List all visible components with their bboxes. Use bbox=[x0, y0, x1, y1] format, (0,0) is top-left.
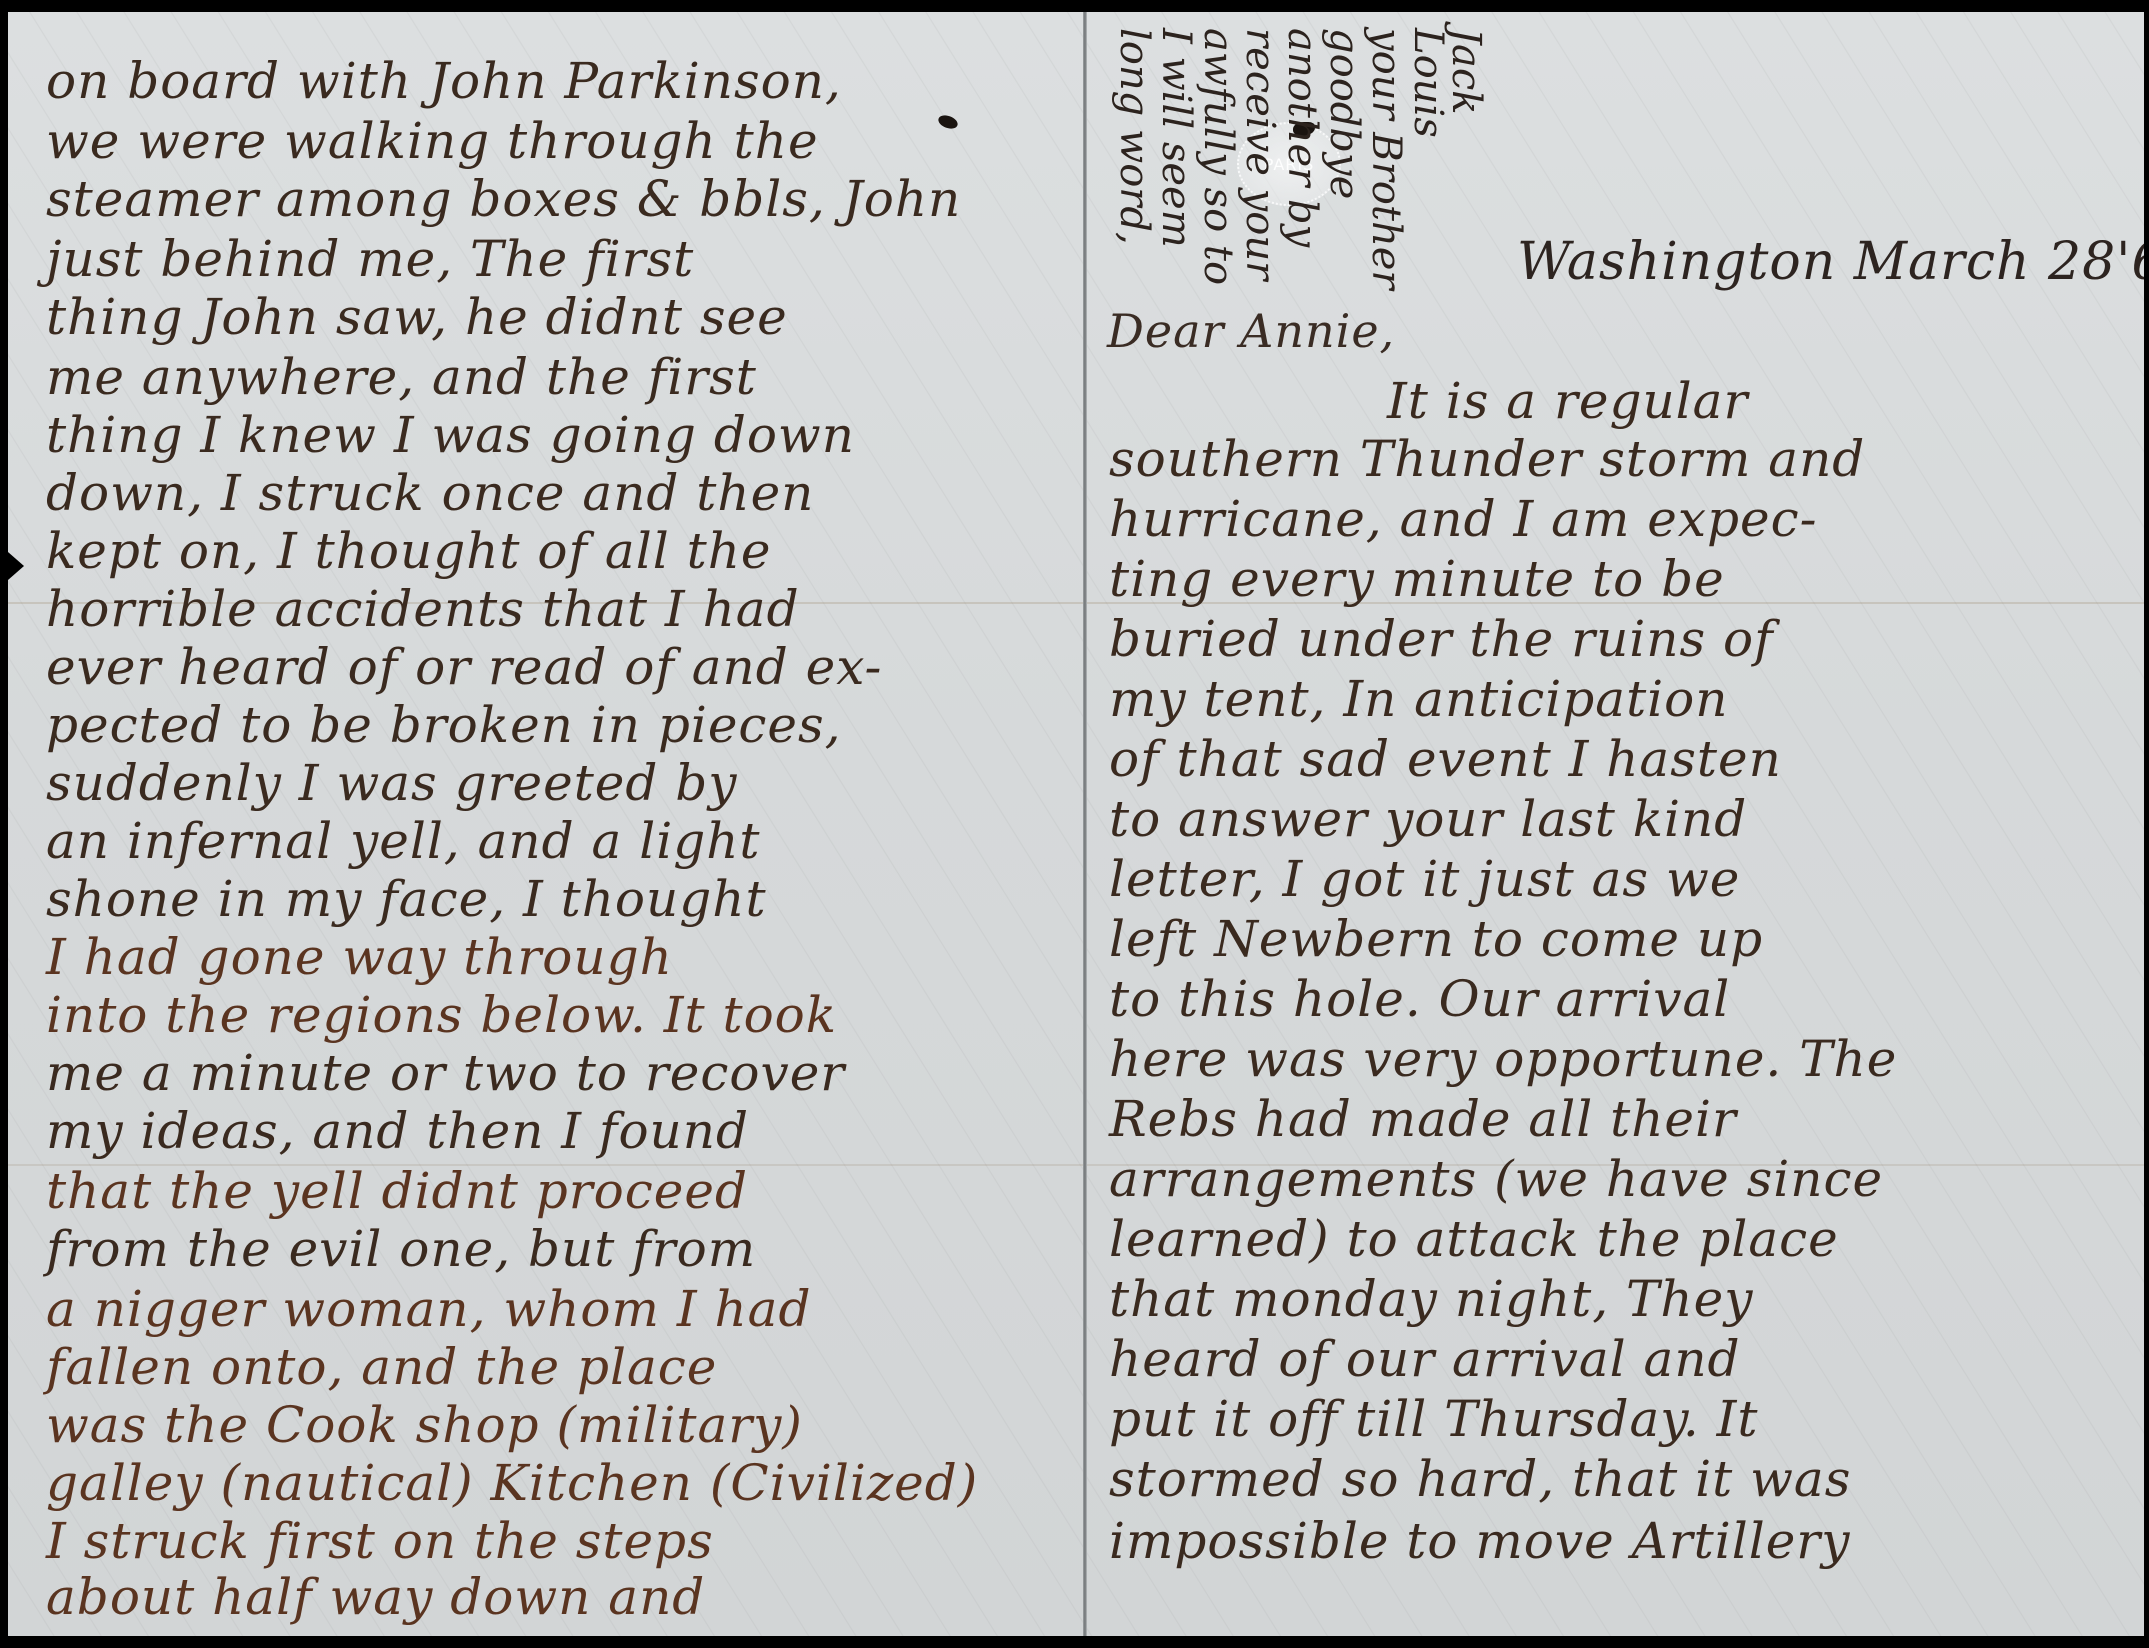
left-line-15: shone in my face, I thought bbox=[46, 870, 767, 928]
left-line-16: I had gone way through bbox=[46, 928, 673, 986]
right-line-19: stormed so hard, that it was bbox=[1109, 1450, 1851, 1508]
margin-line-2: I will seem bbox=[1153, 28, 1199, 248]
right-line-1: It is a regular bbox=[1387, 372, 1748, 430]
margin-line-7: your Brother bbox=[1363, 28, 1409, 290]
left-line-8: down, I struck once and then bbox=[46, 464, 814, 522]
left-line-22: a nigger woman, whom I had bbox=[46, 1280, 811, 1338]
margin-line-4: receive your bbox=[1237, 28, 1283, 280]
right-line-2: southern Thunder storm and bbox=[1109, 430, 1865, 488]
right-line-9: letter, I got it just as we bbox=[1109, 850, 1740, 908]
left-line-24: was the Cook shop (military) bbox=[46, 1396, 803, 1454]
right-line-12: here was very opportune. The bbox=[1109, 1030, 1897, 1088]
right-line-8: to answer your last kind bbox=[1109, 790, 1747, 848]
left-line-1: on board with John Parkinson, bbox=[46, 52, 842, 110]
left-line-4: just behind me, The first bbox=[46, 230, 694, 288]
left-line-3: steamer among boxes & bbls, John bbox=[46, 170, 961, 228]
right-line-16: that monday night, They bbox=[1109, 1270, 1753, 1328]
right-line-3: hurricane, and I am expec- bbox=[1109, 490, 1818, 548]
left-line-5: thing John saw, he didnt see bbox=[46, 288, 788, 346]
right-line-6: my tent, In anticipation bbox=[1109, 670, 1728, 728]
left-line-26: I struck first on the steps bbox=[46, 1512, 714, 1570]
left-line-2: we were walking through the bbox=[46, 112, 819, 170]
right-line-5: buried under the ruins of bbox=[1109, 610, 1774, 668]
right-line-4: ting every minute to be bbox=[1109, 550, 1725, 608]
left-line-13: suddenly I was greeted by bbox=[46, 754, 738, 812]
right-line-11: to this hole. Our arrival bbox=[1109, 970, 1730, 1028]
salutation: Dear Annie, bbox=[1107, 304, 1395, 358]
left-line-25: galley (nautical) Kitchen (Civilized) bbox=[46, 1454, 978, 1512]
left-line-6: me anywhere, and the first bbox=[46, 348, 757, 406]
left-line-21: from the evil one, but from bbox=[46, 1220, 756, 1278]
right-line-18: put it off till Thursday. It bbox=[1109, 1390, 1759, 1448]
left-line-20: that the yell didnt proceed bbox=[46, 1162, 748, 1220]
margin-line-9: Jack bbox=[1443, 28, 1489, 115]
left-line-11: ever heard of or read of and ex- bbox=[46, 638, 882, 696]
margin-line-3: awfully so to bbox=[1195, 28, 1241, 285]
letter-sheet: on board with John Parkinson, we were wa… bbox=[8, 12, 2144, 1636]
left-line-23: fallen onto, and the place bbox=[46, 1338, 717, 1396]
right-page: PARIS long word, I will seem awfully so … bbox=[1087, 12, 2144, 1636]
right-line-7: of that sad event I hasten bbox=[1109, 730, 1782, 788]
left-line-10: horrible accidents that I had bbox=[46, 580, 800, 638]
left-line-18: me a minute or two to recover bbox=[46, 1044, 845, 1102]
left-page: on board with John Parkinson, we were wa… bbox=[8, 12, 1083, 1636]
right-line-20: impossible to move Artillery bbox=[1109, 1512, 1850, 1570]
left-line-12: pected to be broken in pieces, bbox=[46, 696, 842, 754]
ink-blot bbox=[937, 113, 960, 131]
left-line-19: my ideas, and then I found bbox=[46, 1102, 749, 1160]
left-line-27: about half way down and bbox=[46, 1568, 705, 1626]
right-line-13: Rebs had made all their bbox=[1109, 1090, 1737, 1148]
margin-line-6: goodbye bbox=[1321, 28, 1367, 199]
dateline: Washington March 28'63 bbox=[1517, 232, 2144, 292]
margin-line-1: long word, bbox=[1111, 28, 1157, 245]
left-line-9: kept on, I thought of all the bbox=[46, 522, 771, 580]
left-line-17: into the regions below. It took bbox=[46, 986, 837, 1044]
left-line-7: thing I knew I was going down bbox=[46, 406, 855, 464]
margin-line-5: another by bbox=[1279, 28, 1325, 247]
right-line-10: left Newbern to come up bbox=[1109, 910, 1763, 968]
right-line-14: arrangements (we have since bbox=[1109, 1150, 1883, 1208]
right-line-15: learned) to attack the place bbox=[1109, 1210, 1839, 1268]
left-line-14: an infernal yell, and a light bbox=[46, 812, 761, 870]
right-line-17: heard of our arrival and bbox=[1109, 1330, 1741, 1388]
